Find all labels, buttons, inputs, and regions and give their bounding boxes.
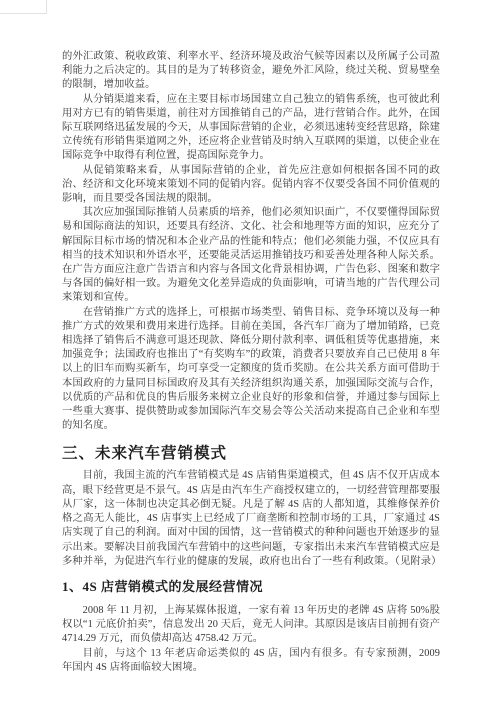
section-heading-future-marketing-models: 三、未来汽车营销模式 xyxy=(62,443,440,464)
body-paragraph-2009-outlook: 目前，与这个 13 年老店命运类似的 4S 店，国内有很多。有专家预测，2009… xyxy=(62,647,440,675)
subsection-heading-4s-store-development: 1、4S 店营销模式的发展经营情况 xyxy=(62,578,440,596)
body-paragraph-promotion-strategy: 从促销策略来看，从事国际营销的企业，首先应注意如何根据各国不同的政治、经济和文化… xyxy=(62,164,440,207)
body-paragraph-shanghai-auction-case: 2008 年 11 月初，上海某媒体报道，一家有着 13 年历史的老牌 4S 店… xyxy=(62,604,440,647)
body-paragraph-distribution-channels: 从分销渠道来看，应在主要目标市场国建立自己独立的销售系统，也可彼此利用对方已有的… xyxy=(62,93,440,164)
body-paragraph-promotion-methods: 在营销推广方式的选择上，可根据市场类型、销售目标、竞争环境以及每一种推广方式的效… xyxy=(62,306,440,434)
body-paragraph-sales-personnel: 其次应加强国际推销人员素质的培养，他们必须知识面广，不仅要懂得国际贸易和国际商法… xyxy=(62,206,440,305)
page-edge-artifact xyxy=(0,0,47,14)
document-page: 的外汇政策、税收政策、利率水平、经济环境及政治气候等因素以及所属子公司盈利能力之… xyxy=(0,0,500,708)
body-paragraph-continuation: 的外汇政策、税收政策、利率水平、经济环境及政治气候等因素以及所属子公司盈利能力之… xyxy=(62,50,440,93)
body-paragraph-4s-model-overview: 目前，我国主流的汽车营销模式是 4S 店销售渠道模式，但 4S 店不仅开店成本高… xyxy=(62,469,440,568)
